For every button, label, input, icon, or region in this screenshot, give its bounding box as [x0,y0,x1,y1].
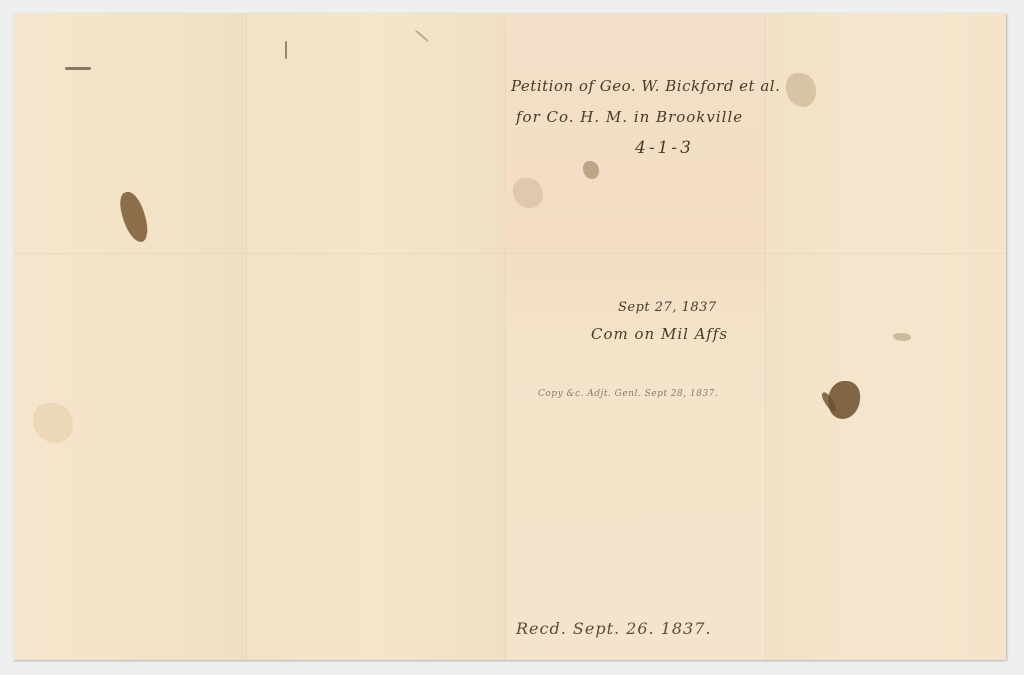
referral-date: Sept 27, 1837 [618,300,717,315]
ink-mark [285,41,287,59]
document-sheet: Petition of Geo. W. Bickford et al. for … [13,13,1006,660]
fold-line [765,13,767,660]
crease-line [13,253,1006,254]
fold-line [505,13,507,660]
docket-title-line-1: Petition of Geo. W. Bickford et al. [511,77,780,95]
fold-panel-1 [13,13,247,660]
fold-panel-2 [247,13,506,660]
received-date: Recd. Sept. 26. 1837. [516,619,712,638]
fold-panel-4 [766,13,1006,660]
referral-action: Com on Mil Affs [591,325,728,343]
smudge-stain [893,333,911,341]
fold-line [246,13,248,660]
docket-title-line-2: for Co. H. M. in Brookville [516,108,743,126]
ink-mark [65,67,91,70]
docket-file-number: 4-1-3 [635,138,694,158]
copy-note: Copy &c. Adjt. Genl. Sept 28, 1837. [538,389,718,399]
smudge-stain [583,161,599,179]
